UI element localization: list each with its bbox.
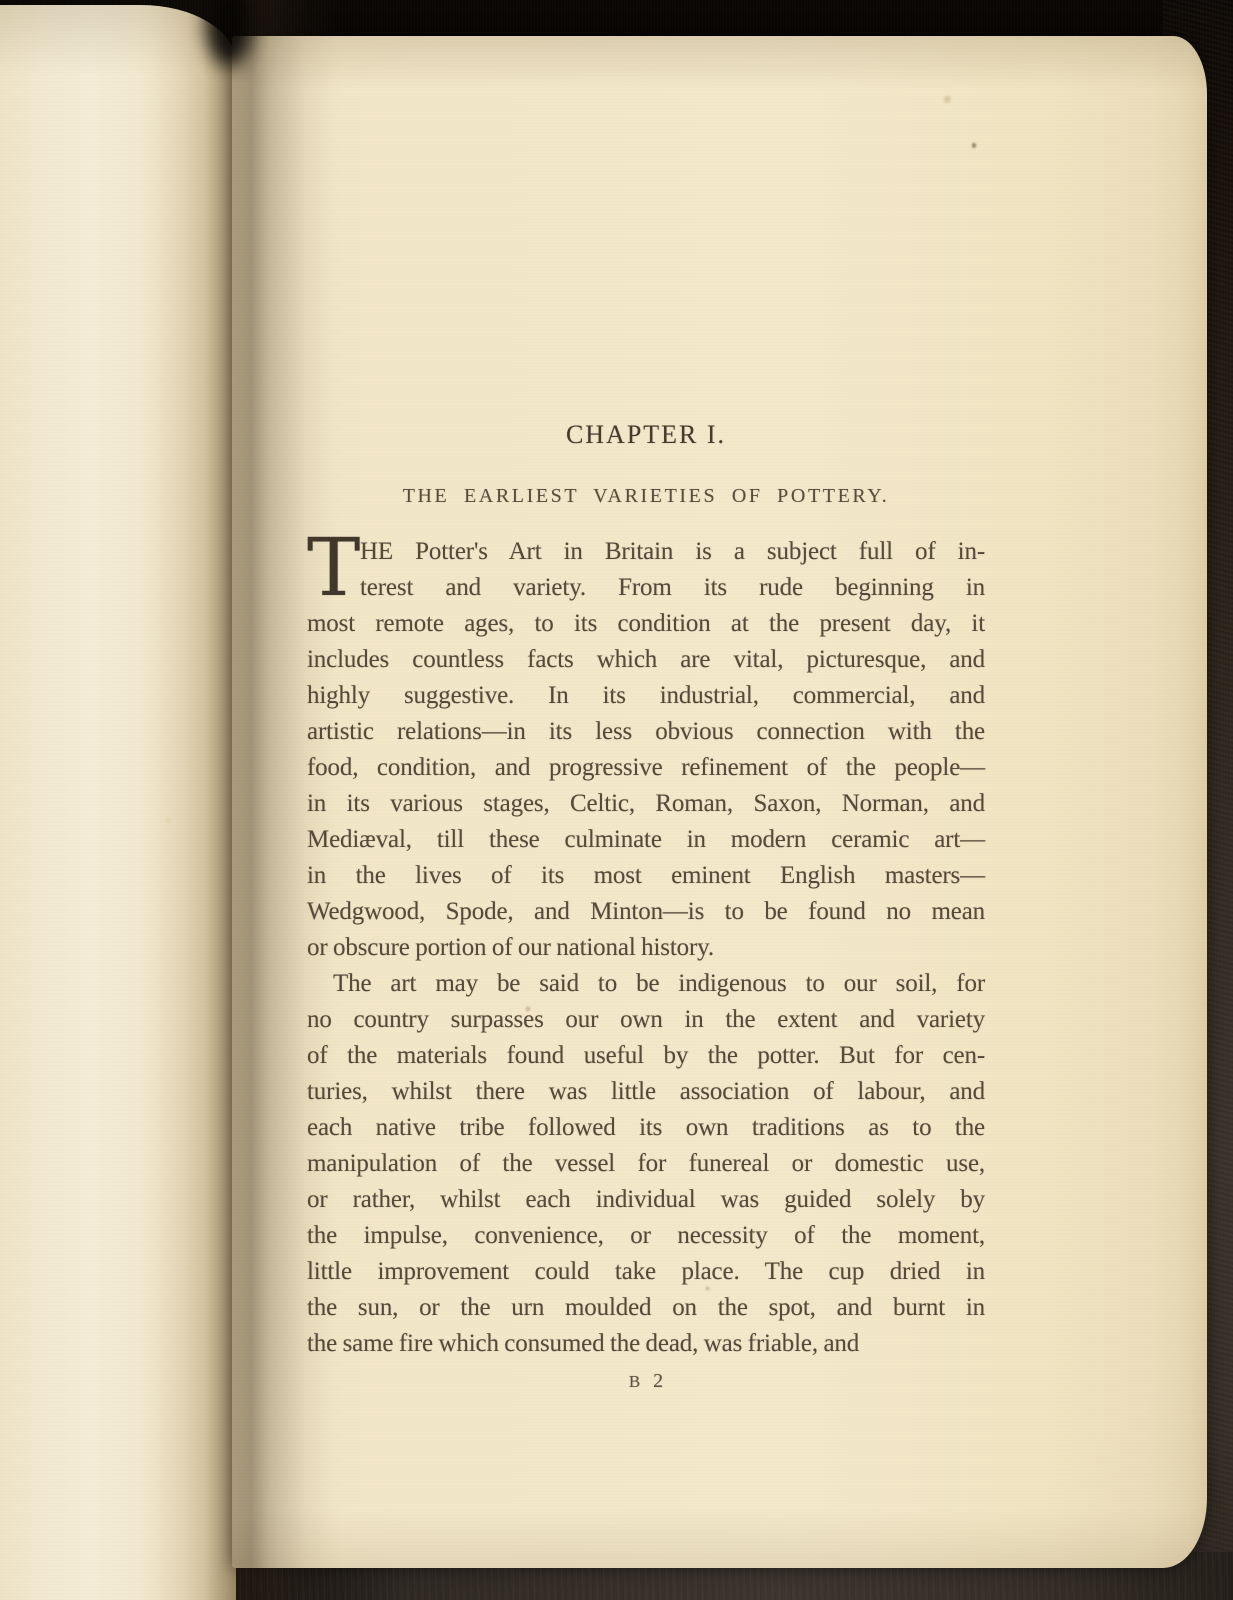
text-line: Wedgwood, Spode, and Minton—is to be fou… [307,894,985,930]
page-content: CHAPTER I. THE EARLIEST VARIETIES OF POT… [307,420,985,1393]
book-photo: { "page": { "chapter_title": "CHAPTER I.… [0,0,1233,1600]
text-line: highly suggestive. In its industrial, co… [307,678,985,714]
text-line: most remote ages, to its condition at th… [307,606,985,642]
text-line: Mediæval, till these culminate in modern… [307,822,985,858]
chapter-title: CHAPTER I. [307,420,985,450]
signature-letter: B [629,1372,641,1391]
body-text: T HE Potter's Art in Britain is a subjec… [307,534,985,1362]
text-line: little improvement could take place. The… [307,1254,985,1290]
text-line: the sun, or the urn moulded on the spot,… [307,1290,985,1326]
text-line: in the lives of its most eminent English… [307,858,985,894]
chapter-subtitle: THE EARLIEST VARIETIES OF POTTERY. [307,484,985,508]
text-line: The art may be said to be indigenous to … [307,966,985,1002]
right-page: CHAPTER I. THE EARLIEST VARIETIES OF POT… [232,36,1207,1568]
text-line: or obscure portion of our national histo… [307,930,985,966]
paragraph: The art may be said to be indigenous to … [307,966,985,1362]
text-line: no country surpasses our own in the exte… [307,1002,985,1038]
text-line: in its various stages, Celtic, Roman, Sa… [307,786,985,822]
printer-signature: B2 [307,1370,985,1393]
text-line: HE Potter's Art in Britain is a subject … [307,534,985,570]
text-line: turies, whilst there was little associat… [307,1074,985,1110]
text-line: terest and variety. From its rude beginn… [307,570,985,606]
left-page [0,5,236,1600]
text-line: food, condition, and progressive refinem… [307,750,985,786]
signature-number: 2 [653,1370,663,1392]
text-line: manipulation of the vessel for funereal … [307,1146,985,1182]
text-line: each native tribe followed its own tradi… [307,1110,985,1146]
text-line: artistic relations—in its less obvious c… [307,714,985,750]
text-line: includes countless facts which are vital… [307,642,985,678]
text-line: the impulse, convenience, or necessity o… [307,1218,985,1254]
paragraph: T HE Potter's Art in Britain is a subjec… [307,534,985,966]
text-line: or rather, whilst each individual was gu… [307,1182,985,1218]
text-line: of the materials found useful by the pot… [307,1038,985,1074]
drop-cap: T [307,537,357,605]
text-line: the same fire which consumed the dead, w… [307,1326,985,1362]
